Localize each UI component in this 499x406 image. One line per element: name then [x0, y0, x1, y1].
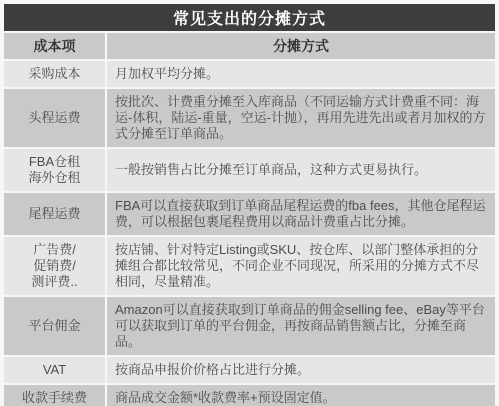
table-title: 常见支出的分摊方式 — [4, 4, 495, 31]
allocation-method-text: 按商品申报价价格占比进行分摊。 — [107, 357, 495, 383]
cost-item-label: 平台佣金 — [4, 297, 105, 355]
table-row: 采购成本 月加权平均分摊。 — [4, 61, 495, 87]
allocation-method-text: 一般按销售占比分摊至订单商品，这种方式更易执行。 — [107, 149, 495, 191]
column-header-allocation-method: 分摊方式 — [107, 33, 495, 59]
allocation-method-text: FBA可以直接获取到订单商品尾程运费的fba fees，其他仓尾程运费，可以根据… — [107, 193, 495, 235]
cost-item-label: 收款手续费 — [4, 385, 105, 406]
table-row: VAT 按商品申报价价格占比进行分摊。 — [4, 357, 495, 383]
cost-item-label: 广告费/ 促销费/ 测评费.. — [4, 237, 105, 295]
cost-item-label: 尾程运费 — [4, 193, 105, 235]
allocation-method-text: 月加权平均分摊。 — [107, 61, 495, 87]
cost-item-label: FBA仓租 海外仓租 — [4, 149, 105, 191]
allocation-method-text: Amazon可以直接获取到订单商品的佣金selling fee、eBay等平台可… — [107, 297, 495, 355]
table-row: FBA仓租 海外仓租 一般按销售占比分摊至订单商品，这种方式更易执行。 — [4, 149, 495, 191]
cost-item-label: 头程运费 — [4, 89, 105, 147]
table-row: 广告费/ 促销费/ 测评费.. 按店铺、针对特定Listing或SKU、按仓库、… — [4, 237, 495, 295]
header-row: 成本项 分摊方式 — [4, 33, 495, 59]
expense-allocation-screenshot: 常见支出的分摊方式 成本项 分摊方式 采购成本 月加权平均分摊。 头程运费 按批… — [0, 0, 499, 406]
table-row: 尾程运费 FBA可以直接获取到订单商品尾程运费的fba fees，其他仓尾程运费… — [4, 193, 495, 235]
table-row: 平台佣金 Amazon可以直接获取到订单商品的佣金selling fee、eBa… — [4, 297, 495, 355]
table-row: 头程运费 按批次、计费重分摊至入库商品（不同运输方式计费重不同：海运-体积，陆运… — [4, 89, 495, 147]
allocation-method-text: 按批次、计费重分摊至入库商品（不同运输方式计费重不同：海运-体积，陆运-重量，空… — [107, 89, 495, 147]
expense-allocation-table: 常见支出的分摊方式 成本项 分摊方式 采购成本 月加权平均分摊。 头程运费 按批… — [2, 2, 497, 406]
allocation-method-text: 商品成交金额*收款费率+预设固定值。 — [107, 385, 495, 406]
table-row: 收款手续费 商品成交金额*收款费率+预设固定值。 — [4, 385, 495, 406]
cost-item-label: VAT — [4, 357, 105, 383]
title-row: 常见支出的分摊方式 — [4, 4, 495, 31]
cost-item-label: 采购成本 — [4, 61, 105, 87]
allocation-method-text: 按店铺、针对特定Listing或SKU、按仓库、以部门整体承担的分摊组合都比较常… — [107, 237, 495, 295]
column-header-cost-item: 成本项 — [4, 33, 105, 59]
